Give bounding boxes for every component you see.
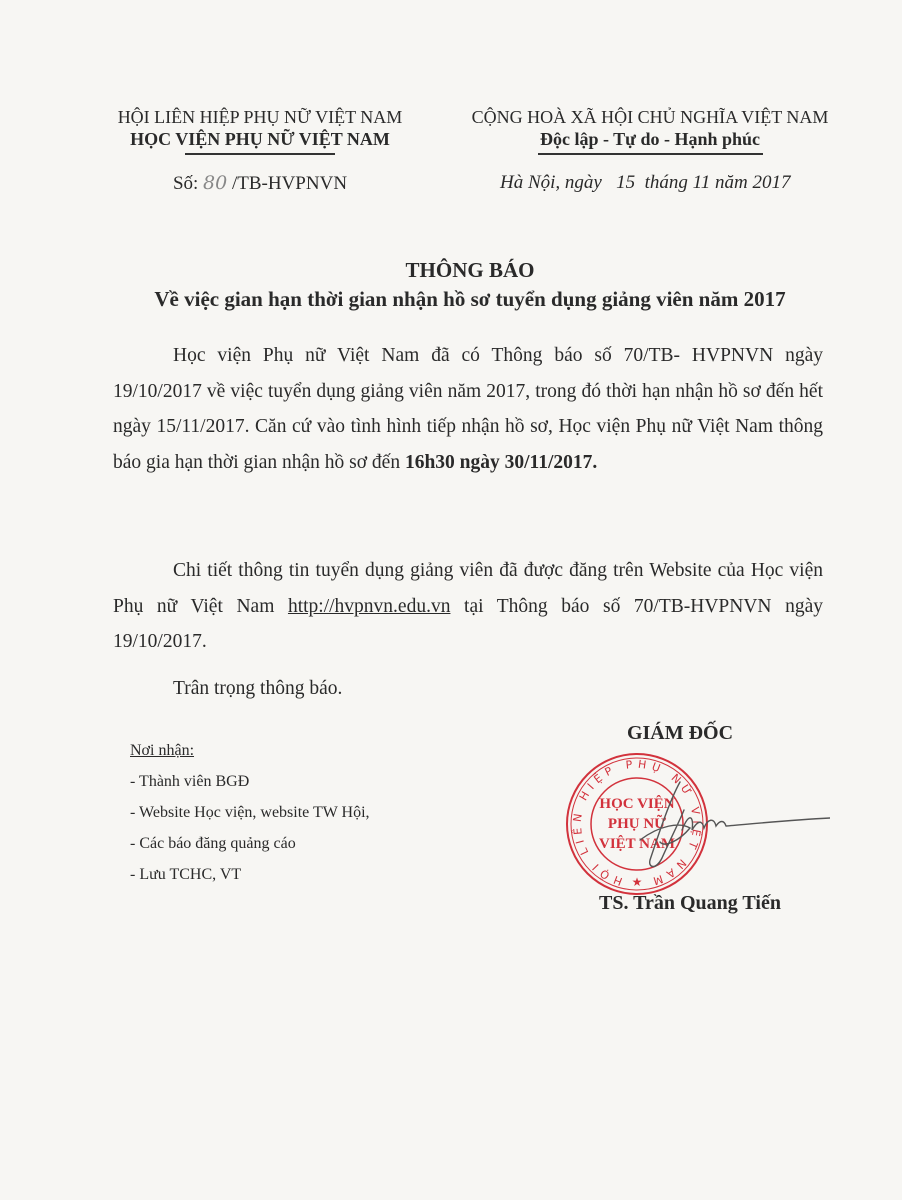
paragraph-1: Học viện Phụ nữ Việt Nam đã có Thông báo…: [113, 338, 823, 480]
signer-name: TS. Trần Quang Tiến: [560, 892, 820, 915]
divider: [185, 153, 335, 155]
org-name: HỌC VIỆN PHỤ NỮ VIỆT NAM: [90, 128, 430, 150]
recipient-item: - Các báo đăng quảng cáo: [130, 828, 370, 859]
org-parent: HỘI LIÊN HIỆP PHỤ NỮ VIỆT NAM: [90, 106, 430, 128]
website-link[interactable]: http://hvpnvn.edu.vn: [288, 596, 451, 617]
document-title: THÔNG BÁO: [100, 258, 840, 283]
signature-icon: [620, 770, 830, 880]
handwritten-number: 80: [203, 172, 227, 194]
document-date: Hà Nội, ngày 15 tháng 11 năm 2017: [500, 172, 790, 194]
paragraph-2: Chi tiết thông tin tuyển dụng giảng viên…: [113, 553, 823, 660]
signer-position: GIÁM ĐỐC: [580, 722, 780, 745]
header-right: CỘNG HOÀ XÃ HỘI CHỦ NGHĨA VIỆT NAM Độc l…: [440, 106, 860, 155]
deadline: 16h30 ngày 30/11/2017.: [405, 452, 597, 473]
recipients-title: Nơi nhận:: [130, 735, 370, 766]
document-number: Số: 80 /TB-HVPNVN: [90, 172, 430, 195]
national-motto: Độc lập - Tự do - Hạnh phúc: [440, 128, 860, 150]
recipient-item: - Lưu TCHC, VT: [130, 859, 370, 890]
recipient-item: - Thành viên BGĐ: [130, 766, 370, 797]
recipients: Nơi nhận: - Thành viên BGĐ - Website Học…: [130, 735, 370, 890]
closing: Trân trọng thông báo.: [113, 671, 823, 707]
document-subtitle: Về việc gian hạn thời gian nhận hồ sơ tu…: [100, 287, 840, 312]
header-left: HỘI LIÊN HIỆP PHỤ NỮ VIỆT NAM HỌC VIỆN P…: [90, 106, 430, 155]
country-name: CỘNG HOÀ XÃ HỘI CHỦ NGHĨA VIỆT NAM: [440, 106, 860, 128]
divider: [538, 153, 763, 155]
recipient-item: - Website Học viện, website TW Hội,: [130, 797, 370, 828]
